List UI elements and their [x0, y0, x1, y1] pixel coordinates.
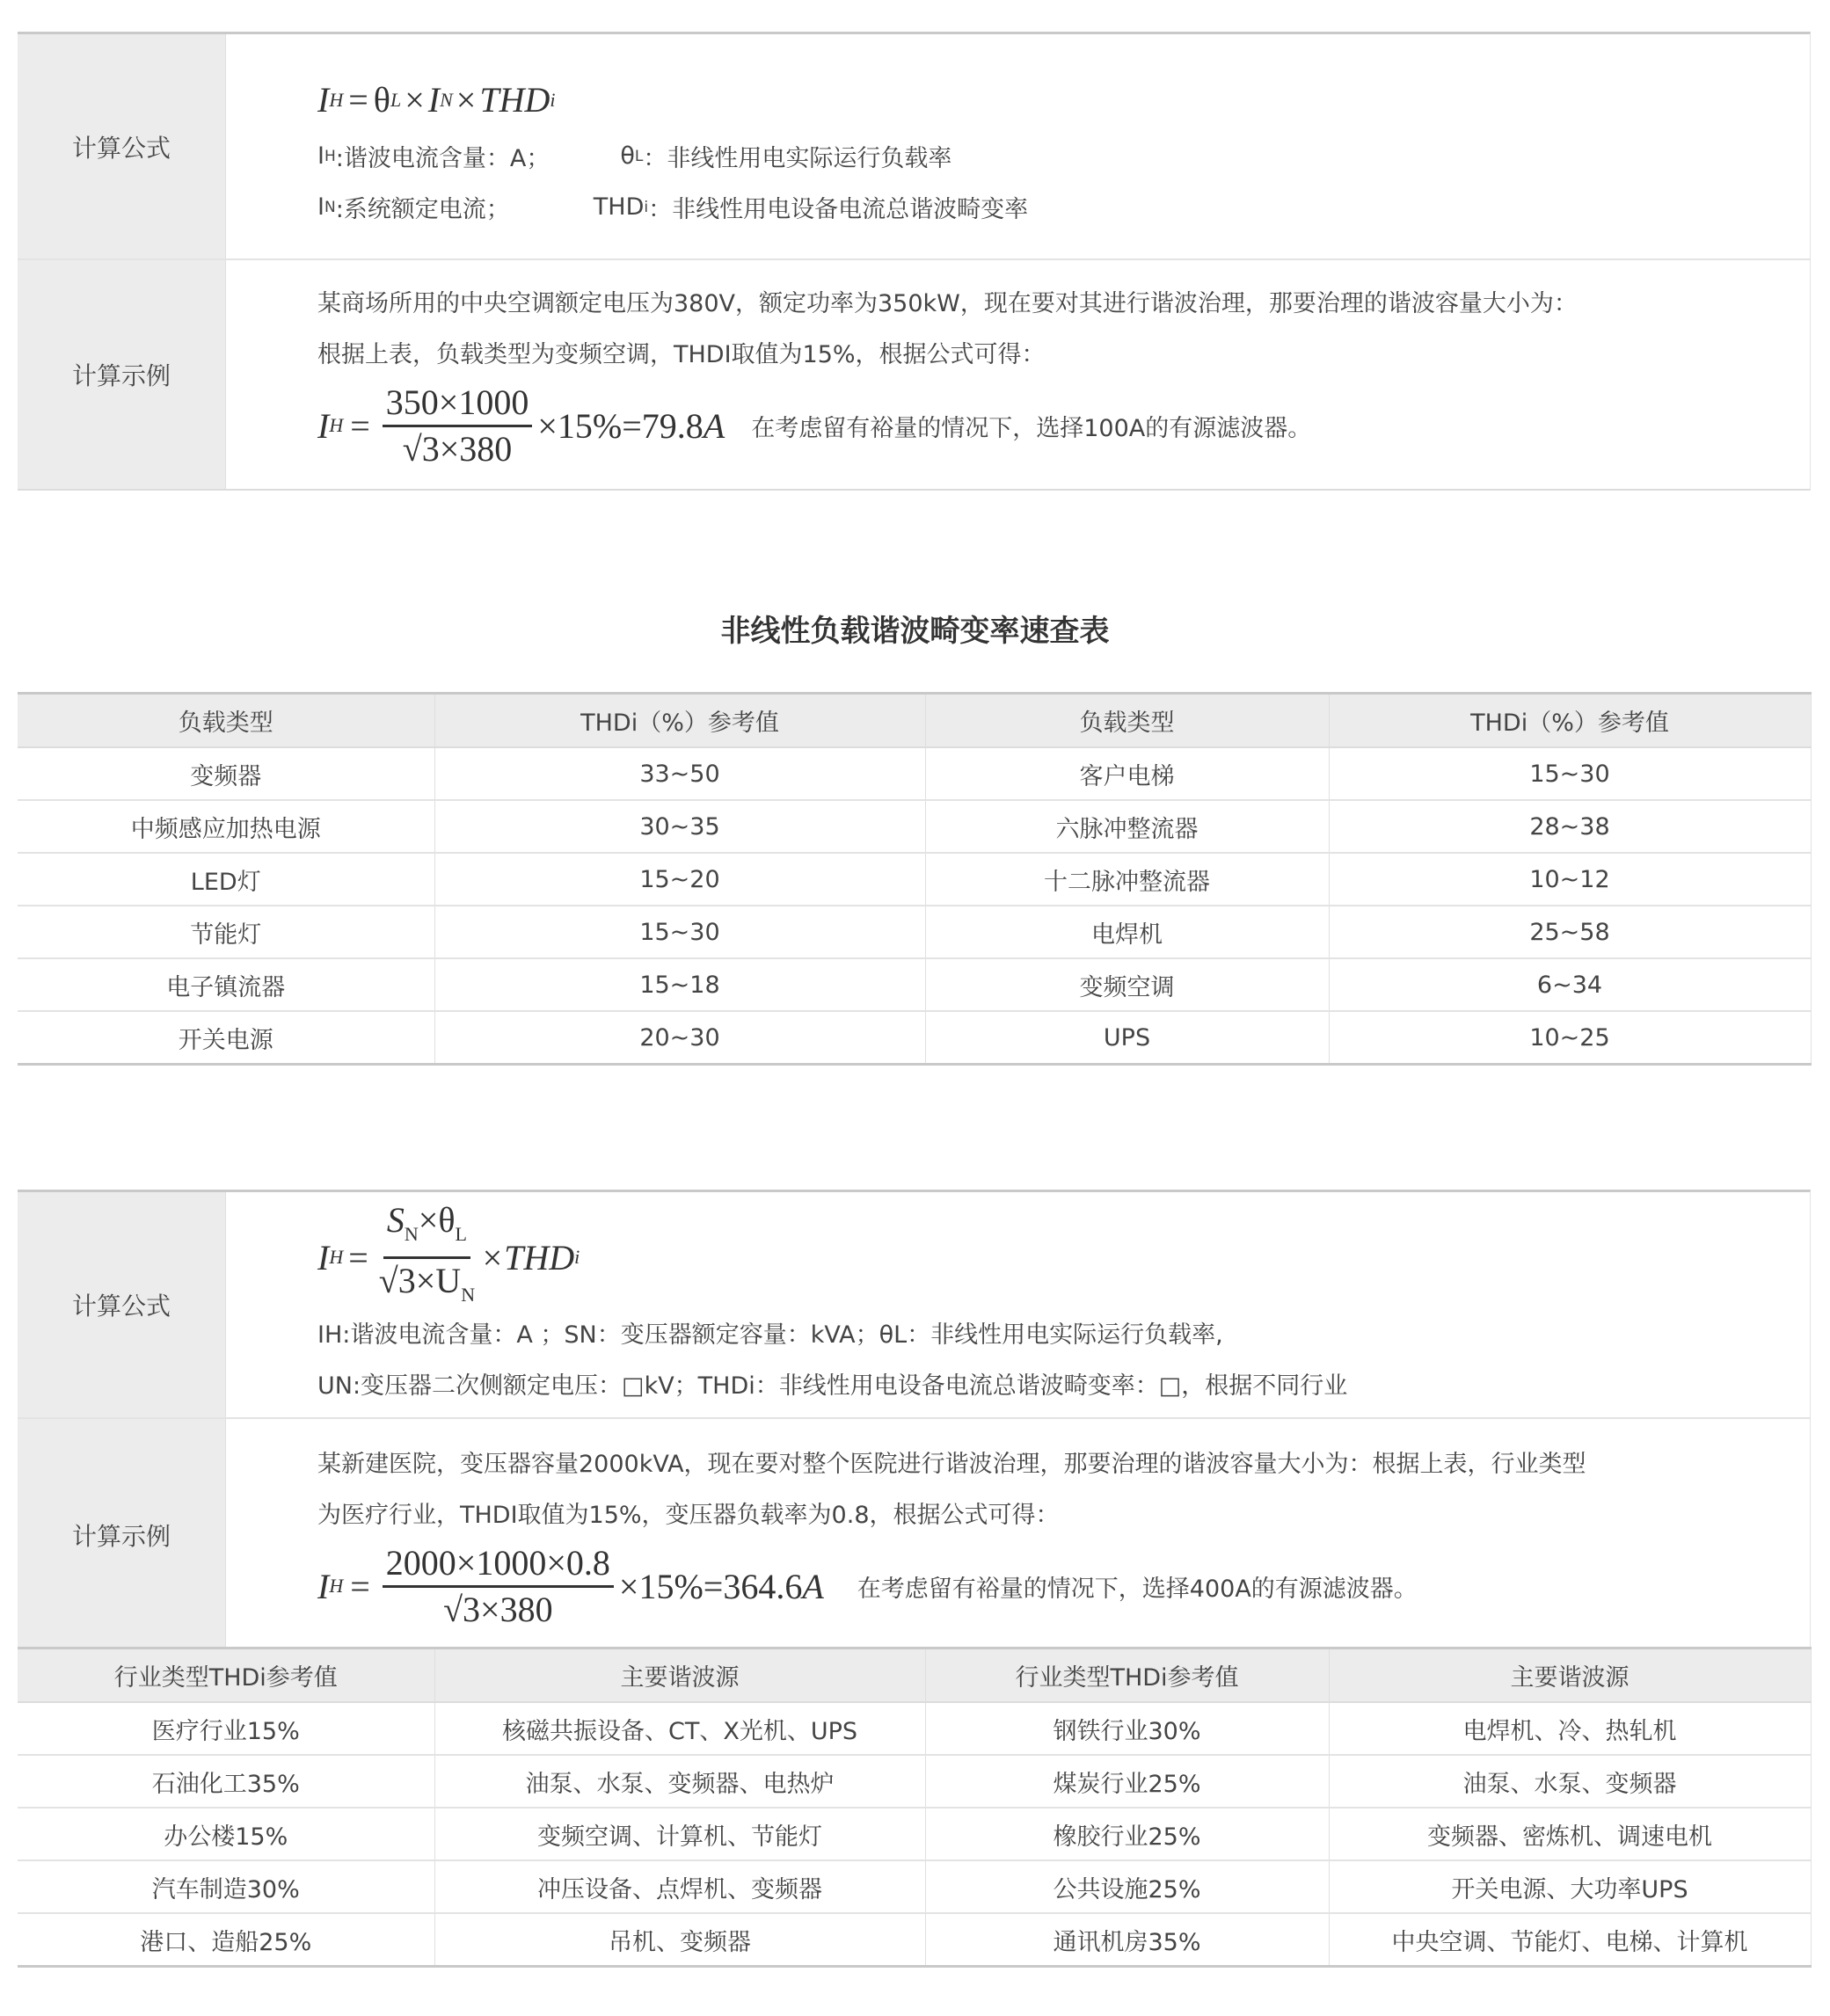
formula-symbol: THD — [479, 79, 550, 120]
formula-term: ×θ — [419, 1200, 456, 1240]
table-cell: 变频器、密炼机、调速电机 — [1329, 1808, 1811, 1860]
formula-term: ×THD — [480, 1237, 574, 1278]
formula-label: 计算公式 — [18, 34, 226, 258]
table-cell: 28~38 — [1329, 800, 1811, 853]
example-calculation: IH = 350×1000 √3×380 ×15%=79.8A 在考虑留有裕量的… — [317, 377, 1810, 474]
column-header: THDi（%）参考值 — [1329, 694, 1811, 748]
table-cell: 办公楼15% — [18, 1808, 434, 1860]
legend-symbol: THD — [594, 193, 645, 221]
formula-symbol: I — [317, 1566, 329, 1607]
formula-term: ×U — [416, 1261, 461, 1300]
calc-block-transformer: 计算公式 IH = SN×θL √3×UN ×THDi IH:谐波电流含量：A … — [18, 1190, 1811, 1648]
table-cell: 开关电源、大功率UPS — [1329, 1860, 1811, 1913]
table-cell: 钢铁行业30% — [925, 1702, 1329, 1755]
table-row: 开关电源20~30UPS10~25 — [18, 1011, 1811, 1065]
formula-operator: × — [456, 79, 477, 120]
table-cell: 吊机、变频器 — [434, 1913, 925, 1967]
formula-subscript: H — [329, 414, 343, 437]
fraction-numerator: 2000×1000×0.8 — [383, 1543, 614, 1588]
column-header: 行业类型THDi参考值 — [925, 1648, 1329, 1703]
formula-unit: A — [802, 1566, 823, 1607]
table-cell: 33~50 — [434, 747, 925, 800]
table-cell: 油泵、水泵、变频器、电热炉 — [434, 1755, 925, 1808]
table-cell: 30~35 — [434, 800, 925, 853]
formula-expression: IH = SN×θL √3×UN ×THDi — [317, 1208, 1810, 1306]
column-header: 负载类型 — [925, 694, 1329, 748]
table-cell: 电焊机 — [925, 906, 1329, 958]
fraction-numerator: 350×1000 — [383, 382, 533, 427]
table-cell: 10~25 — [1329, 1011, 1811, 1065]
formula-row: 计算公式 IH = SN×θL √3×UN ×THDi IH:谐波电流含量：A … — [18, 1192, 1810, 1419]
column-header: 负载类型 — [18, 694, 434, 748]
table-row: 中频感应加热电源30~35六脉冲整流器28~38 — [18, 800, 1811, 853]
fraction: 2000×1000×0.8 √3×380 — [383, 1543, 614, 1630]
table-cell: 15~30 — [1329, 747, 1811, 800]
fraction: 350×1000 √3×380 — [383, 382, 533, 469]
formula-symbol: I — [317, 1237, 329, 1278]
industry-thdi-table: 行业类型THDi参考值 主要谐波源 行业类型THDi参考值 主要谐波源 医疗行业… — [18, 1647, 1812, 1968]
formula-subscript: N — [461, 1284, 475, 1306]
selection-note: 在考虑留有裕量的情况下，选择400A的有源滤波器。 — [857, 1569, 1418, 1604]
formula-subscript: H — [329, 1575, 343, 1598]
formula-symbol: θ — [374, 79, 390, 120]
legend-text: :系统额定电流； — [336, 190, 510, 224]
table-cell: 六脉冲整流器 — [925, 800, 1329, 853]
table-cell: 油泵、水泵、变频器 — [1329, 1755, 1811, 1808]
load-thdi-table: 负载类型 THDi（%）参考值 负载类型 THDi（%）参考值 变频器33~50… — [18, 692, 1812, 1066]
table-header-row: 行业类型THDi参考值 主要谐波源 行业类型THDi参考值 主要谐波源 — [18, 1648, 1811, 1703]
legend-line: UN:变压器二次侧额定电压：□kV；THDi：非线性用电设备电流总谐波畸变率：□… — [317, 1357, 1810, 1408]
table-cell: 中央空调、节能灯、电梯、计算机 — [1329, 1913, 1811, 1967]
calc-block-current: 计算公式 IH = θL × IN × THDi IH:谐波电流含量：A； θL… — [18, 32, 1811, 491]
formula-symbol: I — [317, 405, 329, 447]
formula-operator: = — [350, 405, 370, 447]
formula-subscript: H — [329, 1246, 343, 1269]
table-cell: LED灯 — [18, 853, 434, 906]
example-label: 计算示例 — [18, 260, 226, 489]
table-cell: 15~30 — [434, 906, 925, 958]
table-cell: 核磁共振设备、CT、X光机、UPS — [434, 1702, 925, 1755]
formula-result: ×15%=364.6 — [619, 1566, 802, 1607]
formula-expression: IH = θL × IN × THDi — [317, 69, 1810, 131]
fraction: SN×θL √3×UN — [379, 1200, 475, 1315]
table-cell: 25~58 — [1329, 906, 1811, 958]
table-cell: 汽车制造30% — [18, 1860, 434, 1913]
formula-subscript: L — [390, 89, 401, 112]
fraction-numerator: SN×θL — [383, 1200, 470, 1259]
formula-body: IH = SN×θL √3×UN ×THDi IH:谐波电流含量：A ；SN：变… — [226, 1192, 1810, 1417]
column-header: 行业类型THDi参考值 — [18, 1648, 434, 1703]
table-cell: 变频空调 — [925, 958, 1329, 1011]
table-cell: 开关电源 — [18, 1011, 434, 1065]
table-cell: 冲压设备、点焊机、变频器 — [434, 1860, 925, 1913]
sqrt-term: √3 — [443, 1590, 480, 1629]
legend-subscript: L — [635, 148, 643, 165]
section-title: 非线性负载谐波畸变率速查表 — [0, 607, 1830, 650]
table-cell: 客户电梯 — [925, 747, 1329, 800]
table-row: LED灯15~20十二脉冲整流器10~12 — [18, 853, 1811, 906]
formula-symbol: I — [428, 79, 440, 120]
table-cell: 变频空调、计算机、节能灯 — [434, 1808, 925, 1860]
table-row: 港口、造船25%吊机、变频器通讯机房35%中央空调、节能灯、电梯、计算机 — [18, 1913, 1811, 1967]
table-cell: 橡胶行业25% — [925, 1808, 1329, 1860]
table-cell: 15~20 — [434, 853, 925, 906]
table-row: 石油化工35%油泵、水泵、变频器、电热炉煤炭行业25%油泵、水泵、变频器 — [18, 1755, 1811, 1808]
table-cell: 15~18 — [434, 958, 925, 1011]
example-text: 某商场所用的中央空调额定电压为380V，额定功率为350kW，现在要对其进行谐波… — [317, 275, 1810, 326]
formula-operator: = — [350, 1566, 370, 1607]
table-cell: 医疗行业15% — [18, 1702, 434, 1755]
formula-symbol: S — [387, 1200, 405, 1240]
column-header: 主要谐波源 — [434, 1648, 925, 1703]
legend-text: ：非线性用电实际运行负载率 — [643, 139, 951, 173]
example-row: 计算示例 某商场所用的中央空调额定电压为380V，额定功率为350kW，现在要对… — [18, 260, 1810, 489]
column-header: THDi（%）参考值 — [434, 694, 925, 748]
example-body: 某新建医院，变压器容量2000kVA，现在要对整个医院进行谐波治理，那要治理的谐… — [226, 1419, 1810, 1651]
formula-operator: × — [405, 79, 425, 120]
example-body: 某商场所用的中央空调额定电压为380V，额定功率为350kW，现在要对其进行谐波… — [226, 260, 1810, 489]
formula-subscript: L — [456, 1223, 467, 1245]
formula-operator: = — [348, 1237, 368, 1278]
table-cell: 20~30 — [434, 1011, 925, 1065]
table-cell: 中频感应加热电源 — [18, 800, 434, 853]
table-cell: 6~34 — [1329, 958, 1811, 1011]
sqrt-term: √3 — [379, 1261, 416, 1300]
formula-label: 计算公式 — [18, 1192, 226, 1417]
formula-row: 计算公式 IH = θL × IN × THDi IH:谐波电流含量：A； θL… — [18, 34, 1810, 260]
example-text: 为医疗行业，THDI取值为15%，变压器负载率为0.8，根据公式可得： — [317, 1487, 1810, 1538]
table-cell: 通讯机房35% — [925, 1913, 1329, 1967]
table-cell: 石油化工35% — [18, 1755, 434, 1808]
table-header-row: 负载类型 THDi（%）参考值 负载类型 THDi（%）参考值 — [18, 694, 1811, 748]
example-text: 根据上表，负载类型为变频空调，THDI取值为15%，根据公式可得： — [317, 326, 1810, 377]
table-row: 办公楼15%变频空调、计算机、节能灯橡胶行业25%变频器、密炼机、调速电机 — [18, 1808, 1811, 1860]
table-cell: 10~12 — [1329, 853, 1811, 906]
example-label: 计算示例 — [18, 1419, 226, 1651]
formula-subscript: H — [329, 89, 343, 112]
table-cell: 公共设施25% — [925, 1860, 1329, 1913]
selection-note: 在考虑留有裕量的情况下，选择100A的有源滤波器。 — [751, 409, 1311, 443]
legend-line: IH:谐波电流含量：A； θL：非线性用电实际运行负载率 — [317, 131, 1810, 182]
formula-result: ×15%=79.8 — [537, 405, 703, 447]
fraction-denominator: √3×380 — [403, 427, 513, 469]
legend-text: :谐波电流含量：A； — [336, 139, 550, 173]
table-cell: 节能灯 — [18, 906, 434, 958]
legend-symbol: I — [317, 193, 324, 221]
formula-body: IH = θL × IN × THDi IH:谐波电流含量：A； θL：非线性用… — [226, 34, 1810, 258]
table-row: 医疗行业15%核磁共振设备、CT、X光机、UPS钢铁行业30%电焊机、冷、热轧机 — [18, 1702, 1811, 1755]
fraction-denominator: √3×380 — [443, 1588, 553, 1630]
column-header: 主要谐波源 — [1329, 1648, 1811, 1703]
legend-subscript: N — [324, 199, 336, 216]
formula-unit: A — [704, 405, 725, 447]
table-row: 节能灯15~30电焊机25~58 — [18, 906, 1811, 958]
denominator-rest: ×380 — [440, 429, 513, 469]
formula-symbol: I — [317, 79, 329, 120]
table-cell: 煤炭行业25% — [925, 1755, 1329, 1808]
legend-symbol: I — [317, 142, 324, 170]
example-text: 某新建医院，变压器容量2000kVA，现在要对整个医院进行谐波治理，那要治理的谐… — [317, 1436, 1810, 1487]
legend-line: IN:系统额定电流； THDi：非线性用电设备电流总谐波畸变率 — [317, 182, 1810, 233]
table-row: 电子镇流器15~18变频空调6~34 — [18, 958, 1811, 1011]
table-cell: 变频器 — [18, 747, 434, 800]
legend-subscript: H — [324, 148, 336, 165]
legend-line: IH:谐波电流含量：A ；SN：变压器额定容量：kVA；θL：非线性用电实际运行… — [317, 1306, 1810, 1357]
formula-subscript: i — [550, 89, 555, 112]
formula-subscript: N — [405, 1223, 419, 1245]
example-calculation: IH = 2000×1000×0.8 √3×380 ×15%=364.6A 在考… — [317, 1538, 1810, 1634]
sqrt-term: √3 — [403, 429, 440, 469]
table-cell: 电焊机、冷、热轧机 — [1329, 1702, 1811, 1755]
formula-subscript: N — [440, 89, 453, 112]
table-cell: UPS — [925, 1011, 1329, 1065]
table-cell: 十二脉冲整流器 — [925, 853, 1329, 906]
table-cell: 港口、造船25% — [18, 1913, 434, 1967]
example-row: 计算示例 某新建医院，变压器容量2000kVA，现在要对整个医院进行谐波治理，那… — [18, 1419, 1810, 1651]
table-row: 汽车制造30%冲压设备、点焊机、变频器公共设施25%开关电源、大功率UPS — [18, 1860, 1811, 1913]
table-row: 变频器33~50客户电梯15~30 — [18, 747, 1811, 800]
denominator-rest: ×380 — [480, 1590, 553, 1629]
table-cell: 电子镇流器 — [18, 958, 434, 1011]
legend-text: ：非线性用电设备电流总谐波畸变率 — [648, 190, 1028, 224]
formula-operator: = — [348, 79, 368, 120]
formula-subscript: i — [574, 1246, 580, 1269]
legend-symbol: θ — [620, 142, 635, 170]
